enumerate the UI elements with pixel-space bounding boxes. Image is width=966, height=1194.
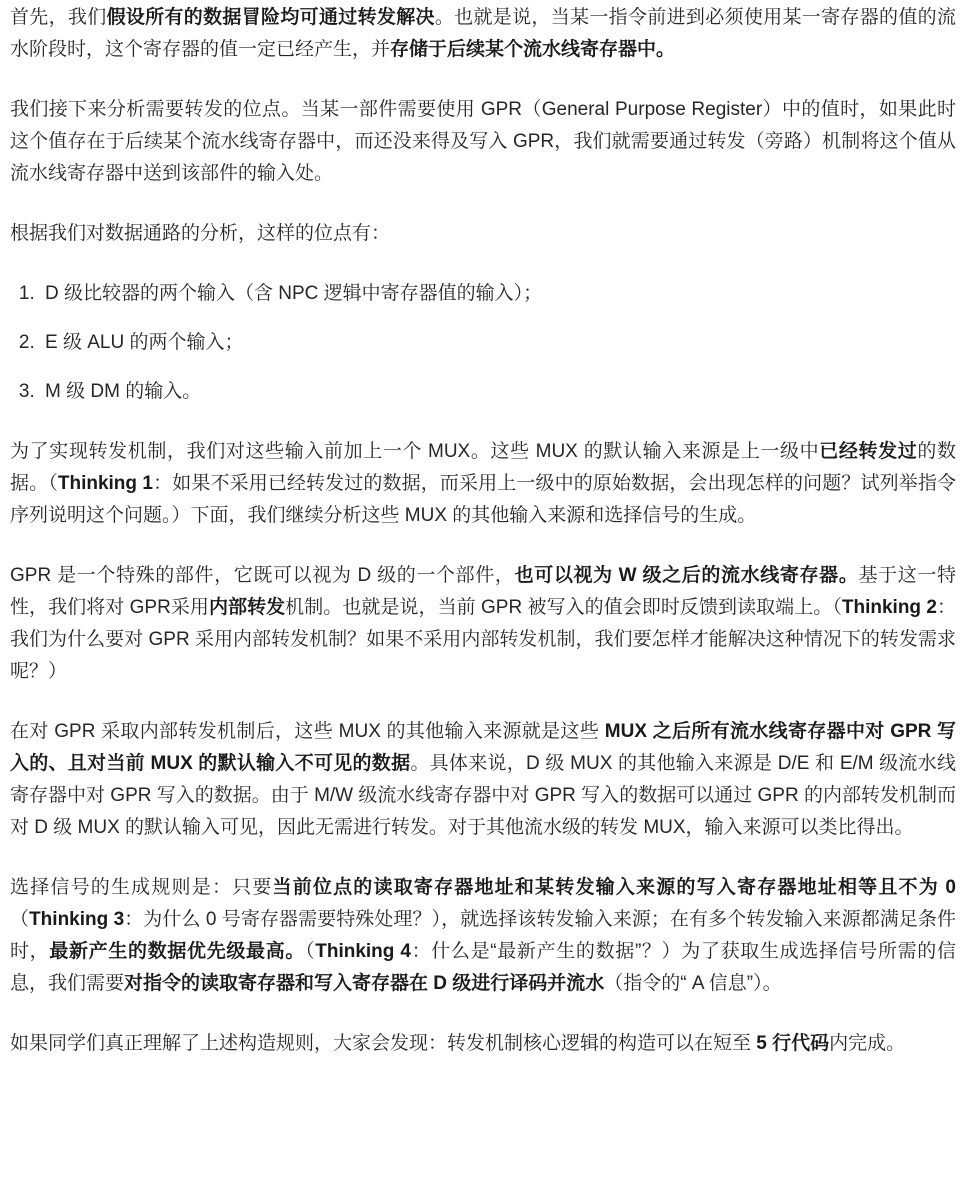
bold-text-run: 对指令的读取寄存器和写入寄存器在 D 级进行译码并流水 <box>124 973 604 994</box>
bold-text-run: 当前位点的读取寄存器地址和某转发输入来源的写入寄存器地址相等且不为 0 <box>273 877 956 898</box>
text-run: E 级 ALU 的两个输入； <box>45 332 243 353</box>
document: 首先，我们假设所有的数据冒险均可通过转发解决。也就是说，当某一指令前进到必须使用… <box>0 0 966 1060</box>
text-run: 机制。也就是说，当前 GPR 被写入的值会即时反馈到读取端上。（ <box>285 597 842 618</box>
text-run: GPR 是一个特殊的部件，它既可以视为 D 级的一个部件， <box>10 565 515 586</box>
text-run: 选择信号的生成规则是：只要 <box>10 877 273 898</box>
text-run: D 级比较器的两个输入（含 NPC 逻辑中寄存器值的输入）； <box>45 283 542 304</box>
bold-text-run: 5 行代码 <box>756 1033 829 1054</box>
bold-text-run: 已经转发过 <box>819 441 917 462</box>
text-run: 在对 GPR 采取内部转发机制后，这些 MUX 的其他输入来源就是这些 <box>10 721 605 742</box>
bold-text-run: 存储于后续某个流水线寄存器中。 <box>390 39 675 60</box>
bold-text-run: Thinking 1 <box>58 473 153 494</box>
paragraph: 根据我们对数据通路的分析，这样的位点有： <box>10 218 956 250</box>
bold-text-run: 最新产生的数据优先级最高。 <box>49 941 305 962</box>
text-run: （ <box>305 941 315 962</box>
paragraph: 如果同学们真正理解了上述构造规则，大家会发现：转发机制核心逻辑的构造可以在短至 … <box>10 1028 956 1060</box>
text-run: 为了实现转发机制，我们对这些输入前加上一个 MUX。这些 MUX 的默认输入来源… <box>10 441 819 462</box>
text-run: 首先，我们 <box>10 7 107 28</box>
text-run: M 级 DM 的输入。 <box>45 381 201 402</box>
text-run: 我们接下来分析需要转发的位点。当某一部件需要使用 GPR（General Pur… <box>10 99 956 184</box>
bold-text-run: Thinking 4 <box>315 941 411 962</box>
text-run: （ <box>10 909 29 930</box>
paragraph: 为了实现转发机制，我们对这些输入前加上一个 MUX。这些 MUX 的默认输入来源… <box>10 436 956 532</box>
bold-text-run: 内部转发 <box>209 597 285 618</box>
text-run: 如果同学们真正理解了上述构造规则，大家会发现：转发机制核心逻辑的构造可以在短至 <box>10 1033 756 1054</box>
bold-text-run: 也可以视为 W 级之后的流水线寄存器。 <box>515 565 859 586</box>
document-content: 首先，我们假设所有的数据冒险均可通过转发解决。也就是说，当某一指令前进到必须使用… <box>10 2 956 1060</box>
bold-text-run: Thinking 2 <box>842 597 937 618</box>
text-run: 根据我们对数据通路的分析，这样的位点有： <box>10 223 390 244</box>
paragraph: 在对 GPR 采取内部转发机制后，这些 MUX 的其他输入来源就是这些 MUX … <box>10 716 956 844</box>
list-item: E 级 ALU 的两个输入； <box>40 327 956 359</box>
text-run: （指令的“ A 信息”）。 <box>604 973 781 994</box>
paragraph: 我们接下来分析需要转发的位点。当某一部件需要使用 GPR（General Pur… <box>10 94 956 190</box>
paragraph: 首先，我们假设所有的数据冒险均可通过转发解决。也就是说，当某一指令前进到必须使用… <box>10 2 956 66</box>
bold-text-run: Thinking 3 <box>29 909 124 930</box>
text-run: 内完成。 <box>829 1033 905 1054</box>
bold-text-run: 假设所有的数据冒险均可通过转发解决 <box>107 7 435 28</box>
ordered-list: D 级比较器的两个输入（含 NPC 逻辑中寄存器值的输入）；E 级 ALU 的两… <box>10 278 956 408</box>
list-item: D 级比较器的两个输入（含 NPC 逻辑中寄存器值的输入）； <box>40 278 956 310</box>
list-item: M 级 DM 的输入。 <box>40 376 956 408</box>
paragraph: GPR 是一个特殊的部件，它既可以视为 D 级的一个部件，也可以视为 W 级之后… <box>10 560 956 688</box>
paragraph: 选择信号的生成规则是：只要当前位点的读取寄存器地址和某转发输入来源的写入寄存器地… <box>10 872 956 1000</box>
